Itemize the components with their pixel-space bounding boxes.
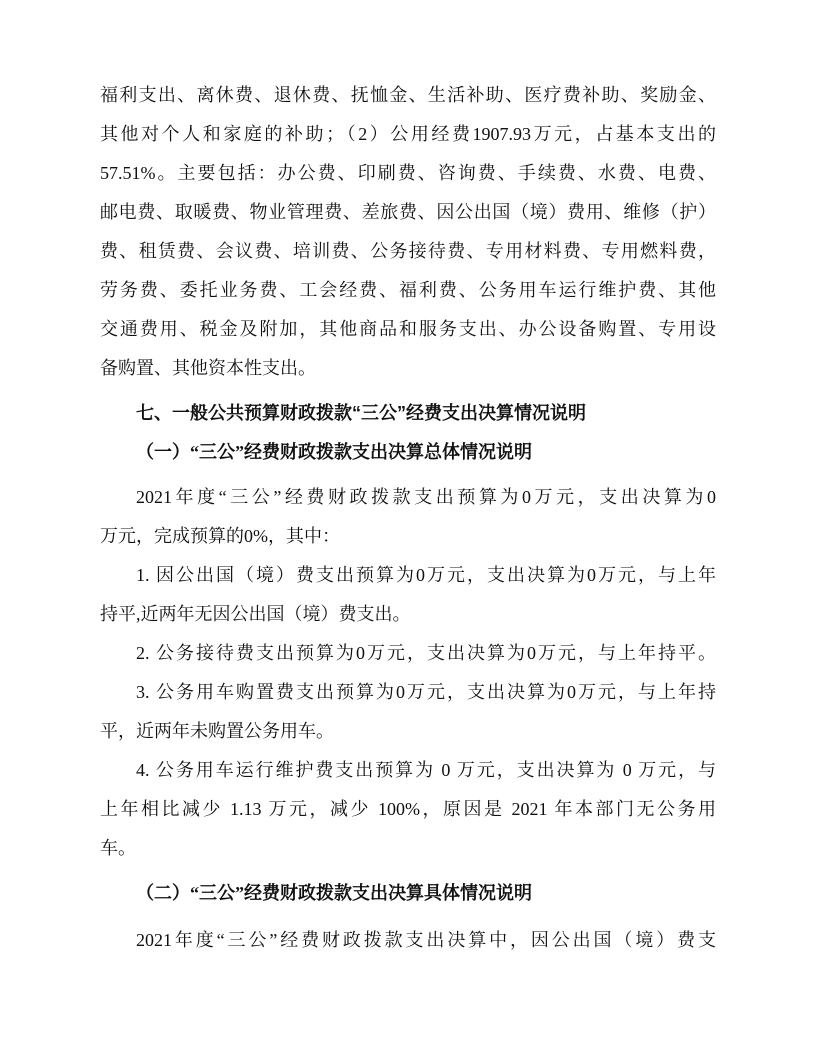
doc-line: 福利支出、离休费、退休费、抚恤金、生活补助、医疗费补助、奖励金、 bbox=[100, 76, 716, 115]
doc-line: 2021年度“三公”经费财政拨款支出预算为0万元，支出决算为0 bbox=[100, 478, 716, 517]
doc-line: 3. 公务用车购置费支出预算为0万元，支出决算为0万元，与上年持 bbox=[100, 673, 716, 712]
doc-line: 邮电费、取暖费、物业管理费、差旅费、因公出国（境）费用、维修（护） bbox=[100, 193, 716, 232]
doc-line: 交通费用、税金及附加，其他商品和服务支出、办公设备购置、专用设 bbox=[100, 310, 716, 349]
doc-line: 万元，完成预算的0%，其中： bbox=[100, 517, 716, 556]
doc-line: 持平,近两年无因公出国（境）费支出。 bbox=[100, 595, 716, 634]
section-heading-seven: 七、一般公共预算财政拨款“三公”经费支出决算情况说明 bbox=[100, 394, 716, 433]
doc-line: 车。 bbox=[100, 829, 716, 868]
doc-line: 57.51%。主要包括：办公费、印刷费、咨询费、手续费、水费、电费、 bbox=[100, 154, 716, 193]
doc-line: 4. 公务用车运行维护费支出预算为 0 万元，支出决算为 0 万元，与 bbox=[100, 751, 716, 790]
doc-line: 备购置、其他资本性支出。 bbox=[100, 349, 716, 388]
doc-line: 平，近两年未购置公务用车。 bbox=[100, 712, 716, 751]
doc-line: 其他对个人和家庭的补助；（2）公用经费1907.93万元，占基本支出的 bbox=[100, 115, 716, 154]
doc-line: 2. 公务接待费支出预算为0万元，支出决算为0万元，与上年持平。 bbox=[100, 634, 716, 673]
doc-line: 2021年度“三公”经费财政拨款支出决算中，因公出国（境）费支 bbox=[100, 921, 716, 960]
doc-line: 1. 因公出国（境）费支出预算为0万元，支出决算为0万元，与上年 bbox=[100, 556, 716, 595]
subsection-heading-two: （二）“三公”经费财政拨款支出决算具体情况说明 bbox=[100, 874, 716, 913]
subsection-heading-one: （一）“三公”经费财政拨款支出决算总体情况说明 bbox=[100, 433, 716, 472]
doc-line: 上年相比减少 1.13 万元，减少 100%，原因是 2021 年本部门无公务用 bbox=[100, 790, 716, 829]
document-page: 福利支出、离休费、退休费、抚恤金、生活补助、医疗费补助、奖励金、 其他对个人和家… bbox=[0, 0, 816, 1056]
doc-line: 费、租赁费、会议费、培训费、公务接待费、专用材料费、专用燃料费， bbox=[100, 232, 716, 271]
doc-line: 劳务费、委托业务费、工会经费、福利费、公务用车运行维护费、其他 bbox=[100, 271, 716, 310]
